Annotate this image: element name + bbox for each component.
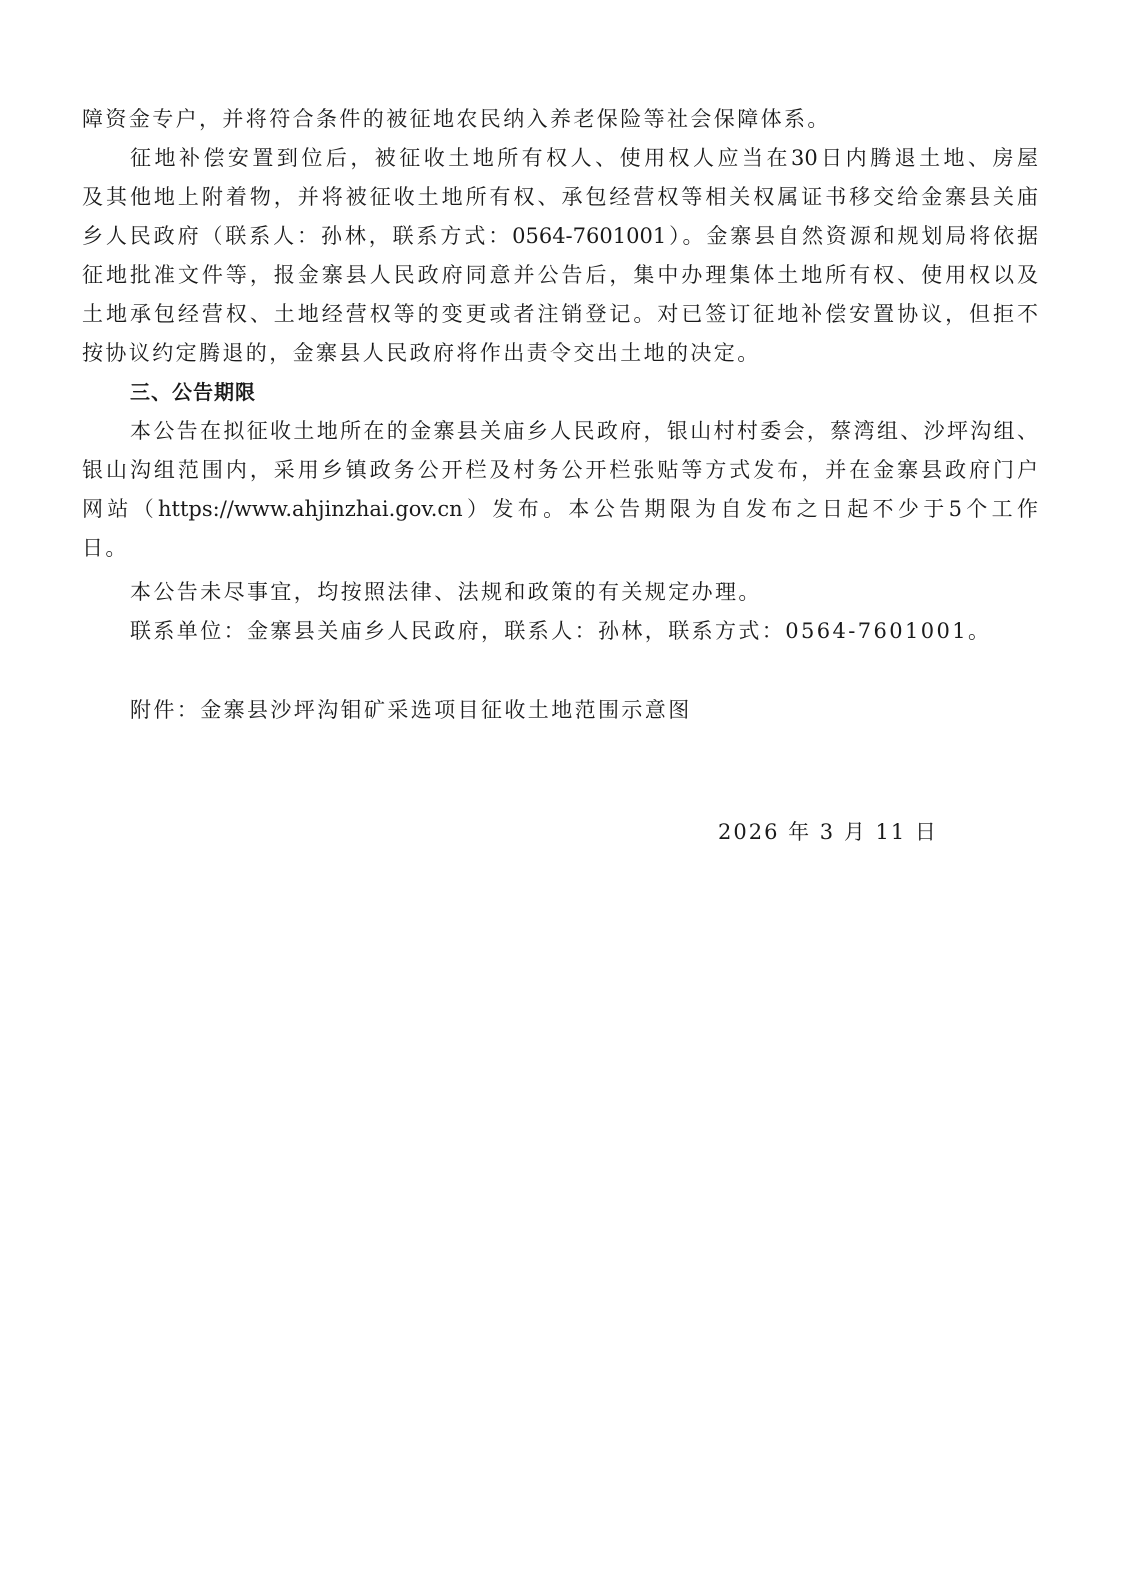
section-three-heading: 三、公告期限 [130, 373, 256, 412]
section-three-line-2: 银山沟组范围内，采用乡镇政务公开栏及村务公开栏张贴等方式发布，并在金寨县政府门户 [82, 451, 1038, 490]
paragraph-vacate-line-4: 征地批准文件等，报金寨县人民政府同意并公告后，集中办理集体土地所有权、使用权以及 [82, 256, 1038, 295]
section-three-line-3: 网站（https://www.ahjinzhai.gov.cn）发布。本公告期限… [82, 490, 1038, 529]
paragraph-vacate-line-6: 按协议约定腾退的，金寨县人民政府将作出责令交出土地的决定。 [82, 334, 761, 373]
attachment-note: 附件：金寨县沙坪沟钼矿采选项目征收土地范围示意图 [130, 691, 692, 730]
paragraph-vacate-line-2: 及其他地上附着物，并将被征收土地所有权、承包经营权等相关权属证书移交给金寨县关庙 [82, 178, 1038, 217]
contact-paragraph: 联系单位：金寨县关庙乡人民政府，联系人：孙林，联系方式：0564-7601001… [130, 612, 991, 651]
paragraph-social-security-line-1: 障资金专户，并将符合条件的被征地农民纳入养老保险等社会保障体系。 [82, 100, 831, 139]
paragraph-vacate-line-5: 土地承包经营权、土地经营权等的变更或者注销登记。对已签订征地补偿安置协议，但拒不 [82, 295, 1038, 334]
paragraph-vacate-line-1: 征地补偿安置到位后，被征收土地所有权人、使用权人应当在30日内腾退土地、房屋 [130, 139, 1038, 178]
paragraph-vacate-line-3: 乡人民政府（联系人：孙林，联系方式：0564-7601001）。金寨县自然资源和… [82, 217, 1038, 256]
section-three-line-4: 日。 [82, 529, 129, 568]
document-date: 2026 年 3 月 11 日 [718, 813, 938, 852]
other-matters-paragraph: 本公告未尽事宜，均按照法律、法规和政策的有关规定办理。 [130, 573, 762, 612]
section-three-line-1: 本公告在拟征收土地所在的金寨县关庙乡人民政府，银山村村委会，蔡湾组、沙坪沟组、 [130, 412, 1038, 451]
